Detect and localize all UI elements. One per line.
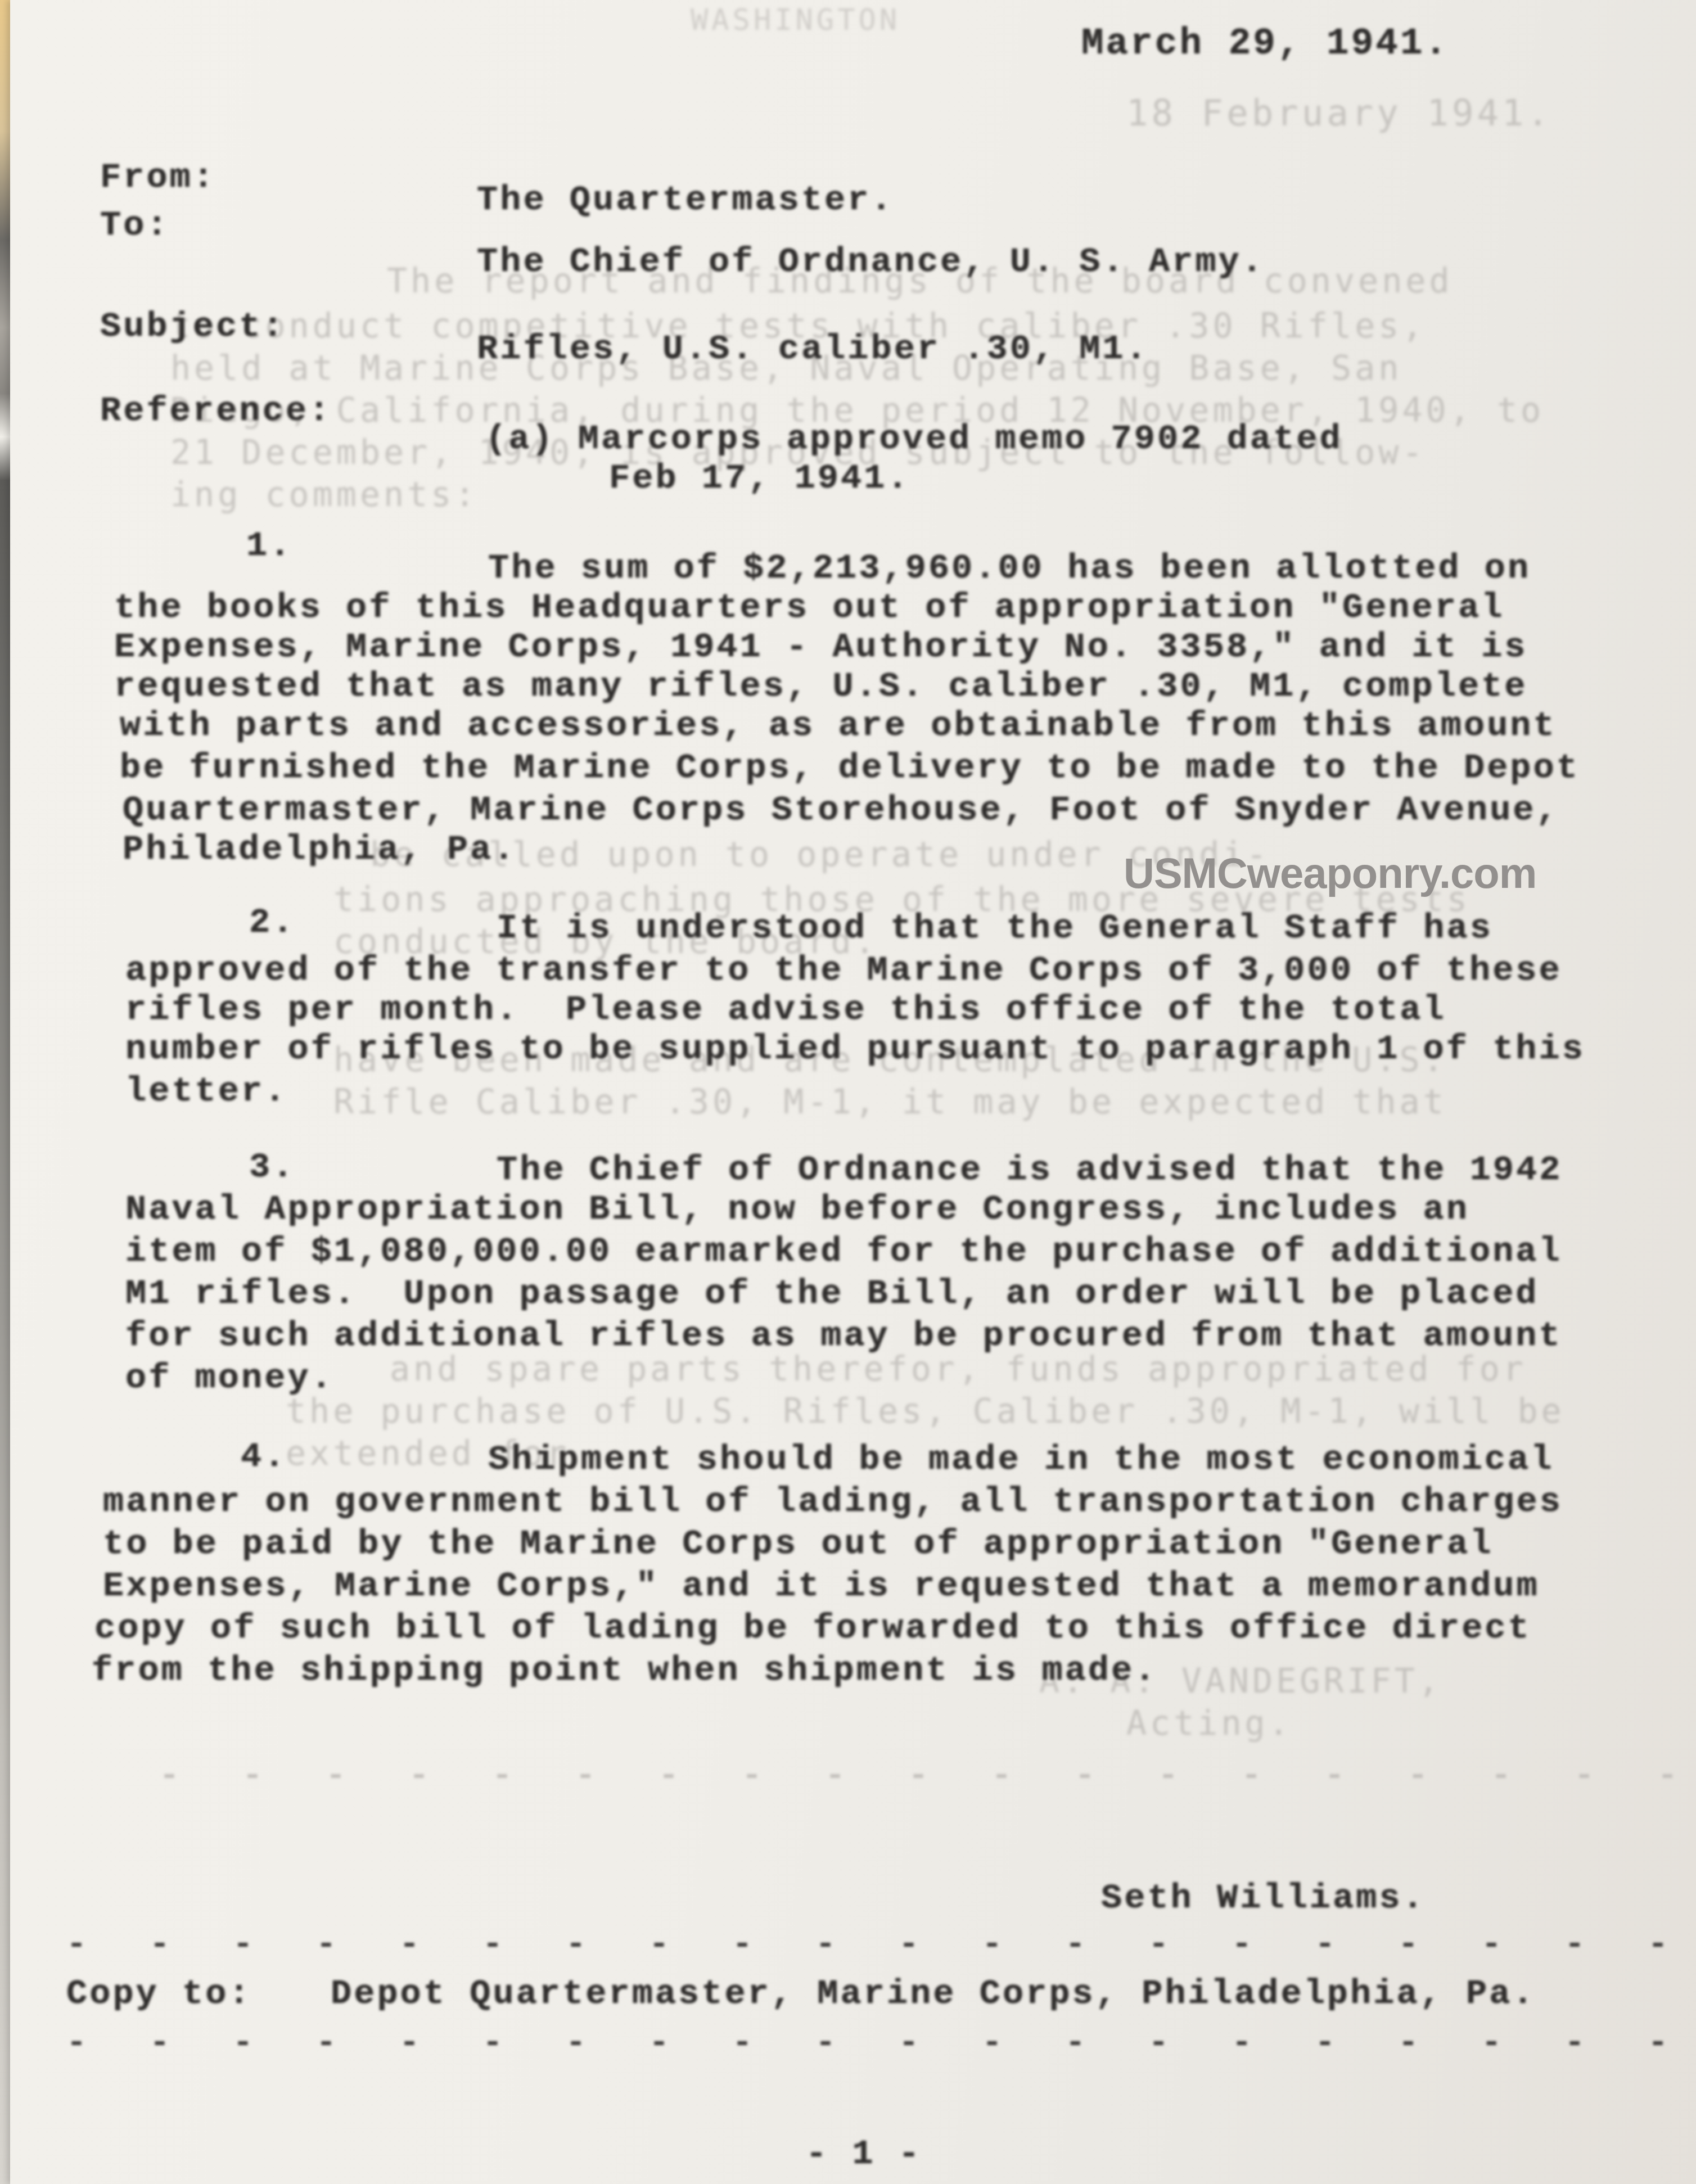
paragraph-4-line: manner on government bill of lading, all… <box>103 1482 1563 1522</box>
copy-to-value: Depot Quartermaster, Marine Corps, Phila… <box>331 1974 1536 2014</box>
paragraph-4-line: from the shipping point when shipment is… <box>92 1650 1157 1690</box>
show-through-line: ing comments: <box>170 475 479 515</box>
paragraph-1-line: Philadelphia, Pa. <box>123 829 517 869</box>
paragraph-4-number: 4. <box>241 1437 287 1477</box>
to-value: The Chief of Ordnance, U. S. Army. <box>477 242 1265 282</box>
paragraph-3-line: M1 rifles. Upon passage of the Bill, an … <box>125 1274 1539 1314</box>
paragraph-2-number: 2. <box>249 903 295 942</box>
paragraph-2-line: approved of the transfer to the Marine C… <box>125 950 1562 990</box>
paragraph-1-line: be furnished the Marine Corps, delivery … <box>120 748 1580 788</box>
paragraph-1-line: with parts and accessories, as are obtai… <box>120 706 1557 746</box>
paragraph-3-line: Naval Appropriation Bill, now before Con… <box>125 1189 1469 1229</box>
separator-top: - - - - - - - - - - - - - - - - - - - - … <box>66 1926 1696 1964</box>
paragraph-4-line: copy of such bill of lading be forwarded… <box>94 1608 1531 1648</box>
subject-label: Subject: <box>100 306 286 346</box>
reference-line-1: (a) Marcorps approved memo 7902 dated <box>485 419 1343 459</box>
paragraph-3-line: of money. <box>125 1358 334 1398</box>
show-through-date: 18 February 1941. <box>1126 93 1552 134</box>
paragraph-1-number: 1. <box>246 526 292 566</box>
paragraph-1-line: Expenses, Marine Corps, 1941 - Authority… <box>114 627 1528 667</box>
from-label: From: <box>100 157 216 197</box>
reference-line-2: Feb 17, 1941. <box>609 458 910 498</box>
paragraph-1-line: Quartermaster, Marine Corps Storehouse, … <box>123 790 1559 830</box>
subject-value: Rifles, U.S. caliber .30, M1. <box>477 329 1149 369</box>
paragraph-3-line: The Chief of Ordnance is advised that th… <box>497 1150 1562 1190</box>
show-through-title: Acting. <box>1126 1704 1292 1743</box>
paragraph-4-line: Expenses, Marine Corps," and it is reque… <box>103 1566 1540 1606</box>
paragraph-4-line: Shipment should be made in the most econ… <box>488 1440 1554 1479</box>
paragraph-3-number: 3. <box>249 1147 295 1187</box>
separator-bottom: - - - - - - - - - - - - - - - - - - - - … <box>66 2024 1696 2063</box>
signature: Seth Williams. <box>1101 1878 1426 1918</box>
reference-label: Reference: <box>100 391 332 431</box>
page-number: - 1 - <box>806 2134 922 2174</box>
from-value: The Quartermaster. <box>477 180 894 220</box>
paragraph-3-line: item of $1,080,000.00 earmarked for the … <box>125 1231 1562 1271</box>
paragraph-4-line: to be paid by the Marine Corps out of ap… <box>103 1524 1493 1564</box>
paragraph-2-line: letter. <box>125 1071 287 1111</box>
show-through-separator: - - - - - - - - - - - - - - - - - - - - … <box>159 1757 1696 1795</box>
to-label: To: <box>100 205 170 245</box>
show-through-line: the purchase of U.S. Rifles, Caliber .30… <box>286 1392 1565 1431</box>
paragraph-2-line: It is understood that the General Staff … <box>497 908 1493 948</box>
watermark: USMCweaponry.com <box>1124 849 1536 898</box>
letter-date: March 29, 1941. <box>1081 22 1449 65</box>
paragraph-1-line: The sum of $2,213,960.00 has been allott… <box>488 548 1531 588</box>
paragraph-2-line: number of rifles to be supplied pursuant… <box>125 1029 1585 1069</box>
copy-to-label: Copy to: <box>66 1974 252 2014</box>
show-through-line: Rifle Caliber .30, M-1, it may be expect… <box>333 1082 1447 1122</box>
paragraph-1-line: requested that as many rifles, U.S. cali… <box>114 666 1528 706</box>
paragraph-2-line: rifles per month. Please advise this off… <box>125 990 1446 1030</box>
paragraph-1-line: the books of this Headquarters out of ap… <box>114 588 1504 628</box>
letter-page: WASHINGTON 18 February 1941. The report … <box>10 0 1696 2184</box>
show-through-header: WASHINGTON <box>691 3 900 37</box>
paragraph-3-line: for such additional rifles as may be pro… <box>125 1316 1562 1356</box>
